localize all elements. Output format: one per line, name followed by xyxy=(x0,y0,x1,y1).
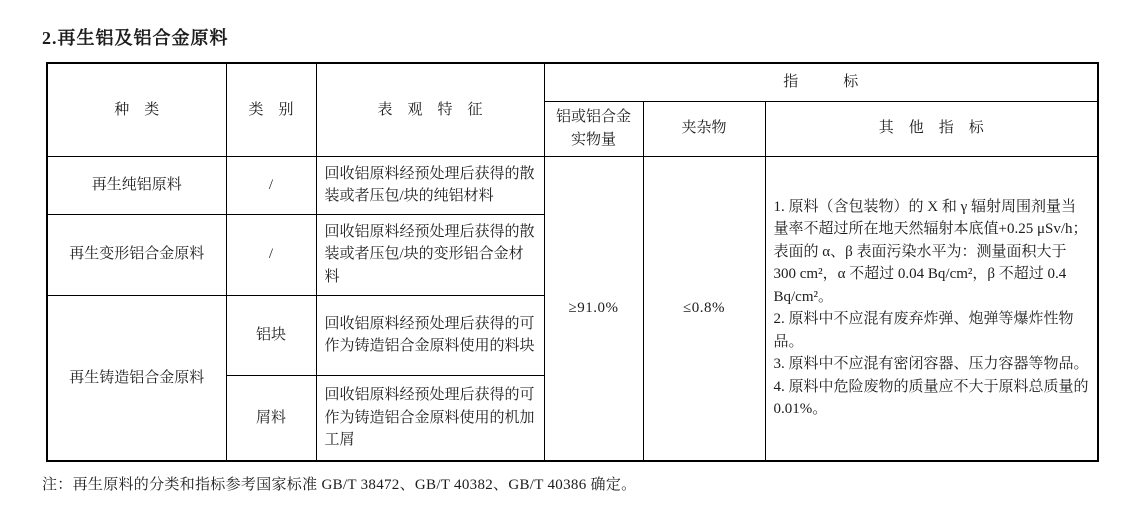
header-category: 类 别 xyxy=(226,63,316,156)
other-indicator-item: 2. 原料中不应混有废弃炸弹、炮弹等爆炸性物品。 xyxy=(774,308,1090,353)
header-other-indicators: 其 他 指 标 xyxy=(765,101,1098,156)
other-indicator-item: 1. 原料（含包装物）的 X 和 γ 辐射周围剂量当量率不超过所在地天然辐射本底… xyxy=(774,196,1090,309)
category-cell: 铝块 xyxy=(226,295,316,375)
category-cell: / xyxy=(226,156,316,214)
other-indicator-item: 4. 原料中危险废物的质量应不大于原料总质量的 0.01%。 xyxy=(774,376,1090,421)
aluminum-content-value: ≥91.0% xyxy=(544,156,643,461)
header-row-indicators: 种 类 类 别 表 观 特 征 指 标 xyxy=(47,63,1098,101)
category-cell: / xyxy=(226,214,316,295)
appearance-cell: 回收铝原料经预处理后获得的散装或者压包/块的纯铝材料 xyxy=(316,156,544,214)
category-cell: 屑料 xyxy=(226,375,316,461)
header-kind: 种 类 xyxy=(47,63,226,156)
appearance-cell: 回收铝原料经预处理后获得的可作为铸造铝合金原料使用的机加工屑 xyxy=(316,375,544,461)
kind-cell: 再生铸造铝合金原料 xyxy=(47,295,226,461)
kind-cell: 再生变形铝合金原料 xyxy=(47,214,226,295)
header-appearance: 表 观 特 征 xyxy=(316,63,544,156)
other-indicator-item: 3. 原料中不应混有密闭容器、压力容器等物品。 xyxy=(774,353,1090,376)
inclusions-value: ≤0.8% xyxy=(643,156,765,461)
raw-materials-table: 种 类 类 别 表 观 特 征 指 标 铝或铝合金实物量 夹杂物 其 他 指 标… xyxy=(46,62,1099,462)
other-indicators-cell: 1. 原料（含包装物）的 X 和 γ 辐射周围剂量当量率不超过所在地天然辐射本底… xyxy=(765,156,1098,461)
header-aluminum-content: 铝或铝合金实物量 xyxy=(544,101,643,156)
header-indicators: 指 标 xyxy=(544,63,1098,101)
footnote: 注：再生原料的分类和指标参考国家标准 GB/T 38472、GB/T 40382… xyxy=(42,473,636,494)
appearance-cell: 回收铝原料经预处理后获得的可作为铸造铝合金原料使用的料块 xyxy=(316,295,544,375)
header-inclusions: 夹杂物 xyxy=(643,101,765,156)
appearance-cell: 回收铝原料经预处理后获得的散装或者压包/块的变形铝合金材料 xyxy=(316,214,544,295)
table-row: 再生纯铝原料 / 回收铝原料经预处理后获得的散装或者压包/块的纯铝材料 ≥91.… xyxy=(47,156,1098,214)
section-title: 2.再生铝及铝合金原料 xyxy=(42,24,229,50)
kind-cell: 再生纯铝原料 xyxy=(47,156,226,214)
document-page: 2.再生铝及铝合金原料 种 类 类 别 表 观 特 征 指 标 铝或铝合金实物量… xyxy=(0,0,1132,522)
